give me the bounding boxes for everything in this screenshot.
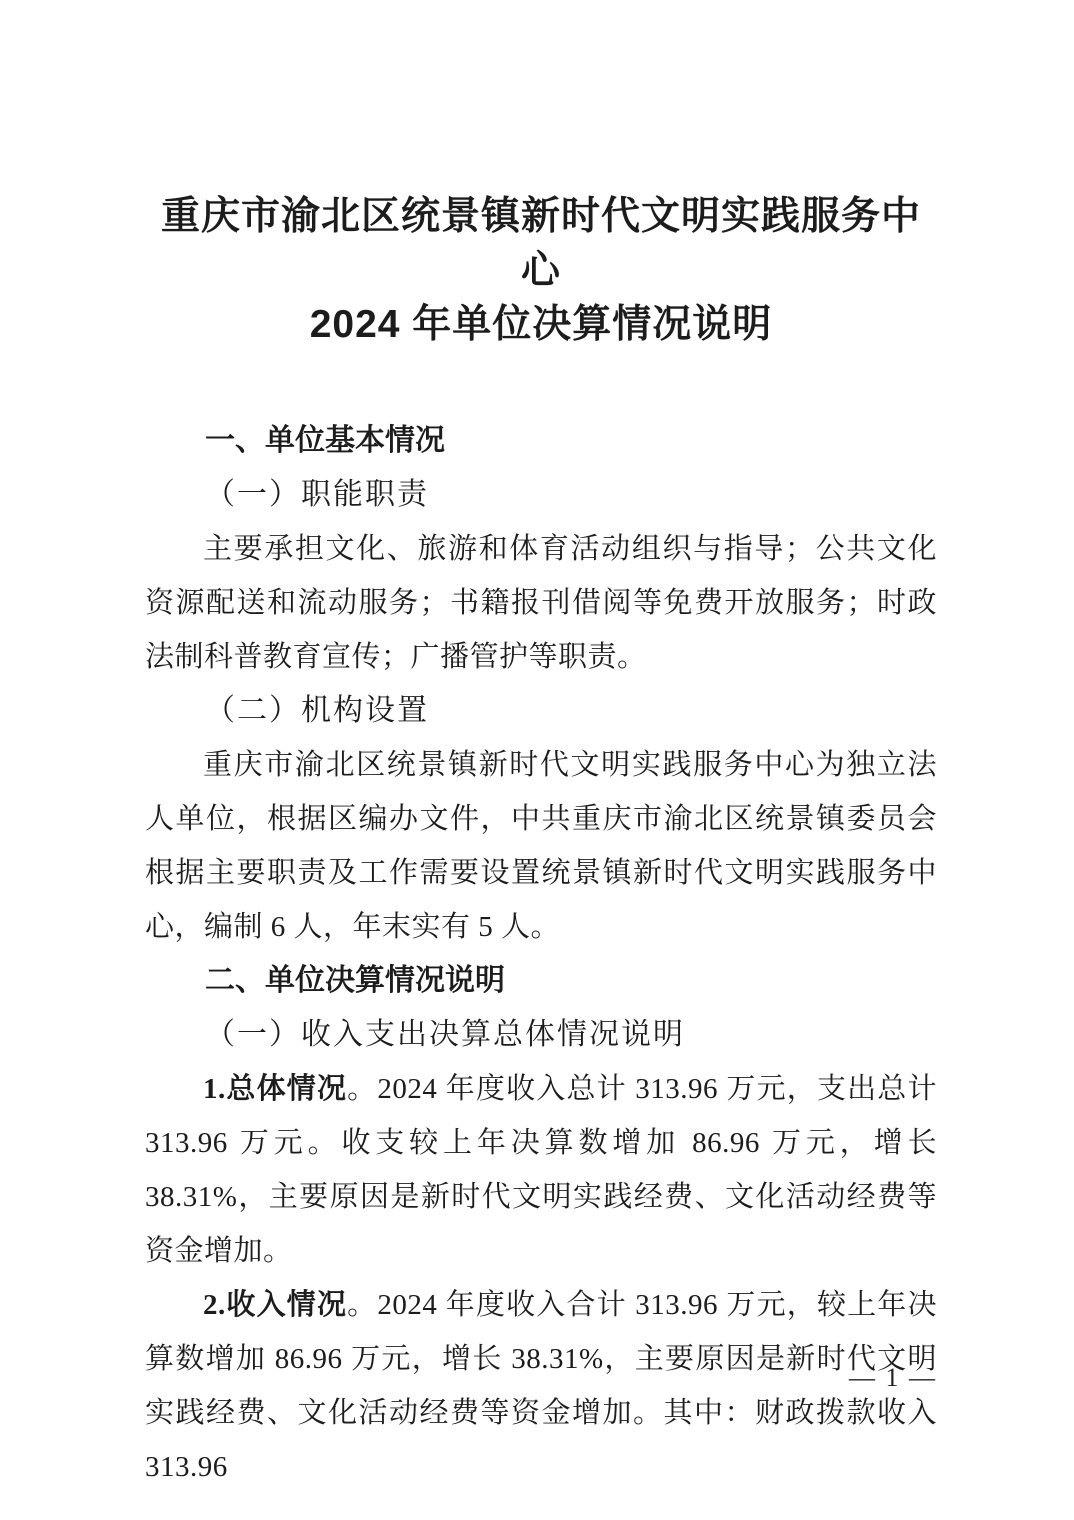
paragraph-income-situation: 2.收入情况。2024 年度收入合计 313.96 万元，较上年决算数增加 86… [145,1278,937,1494]
paragraph-organization: 重庆市渝北区统景镇新时代文明实践服务中心为独立法人单位，根据区编办文件，中共重庆… [145,738,937,954]
document-title-line2: 2024 年单位决算情况说明 [145,298,937,352]
document-content: 重庆市渝北区统景镇新时代文明实践服务中心 2024 年单位决算情况说明 一、单位… [0,0,1074,1494]
section-heading-final-accounts: 二、单位决算情况说明 [145,954,937,1008]
section-heading-basic-info: 一、单位基本情况 [145,414,937,468]
paragraph-duties: 主要承担文化、旅游和体育活动组织与指导；公共文化资源配送和流动服务；书籍报刊借阅… [145,522,937,684]
document-title: 重庆市渝北区统景镇新时代文明实践服务中心 2024 年单位决算情况说明 [145,190,937,352]
subsection-heading-duties: （一）职能职责 [145,468,937,522]
paragraph-overall-situation: 1.总体情况。2024 年度收入总计 313.96 万元，支出总计 313.96… [145,1062,937,1278]
footer-page-number: — 1 — [849,1360,937,1396]
subsection-heading-overview: （一）收入支出决算总体情况说明 [145,1008,937,1062]
paragraph-income-situation-lead: 2.收入情况 [203,1289,347,1321]
document-title-line1: 重庆市渝北区统景镇新时代文明实践服务中心 [145,190,937,298]
paragraph-overall-situation-lead: 1.总体情况 [203,1073,347,1105]
document-page: 重庆市渝北区统景镇新时代文明实践服务中心 2024 年单位决算情况说明 一、单位… [0,0,1074,1520]
subsection-heading-organization: （二）机构设置 [145,684,937,738]
